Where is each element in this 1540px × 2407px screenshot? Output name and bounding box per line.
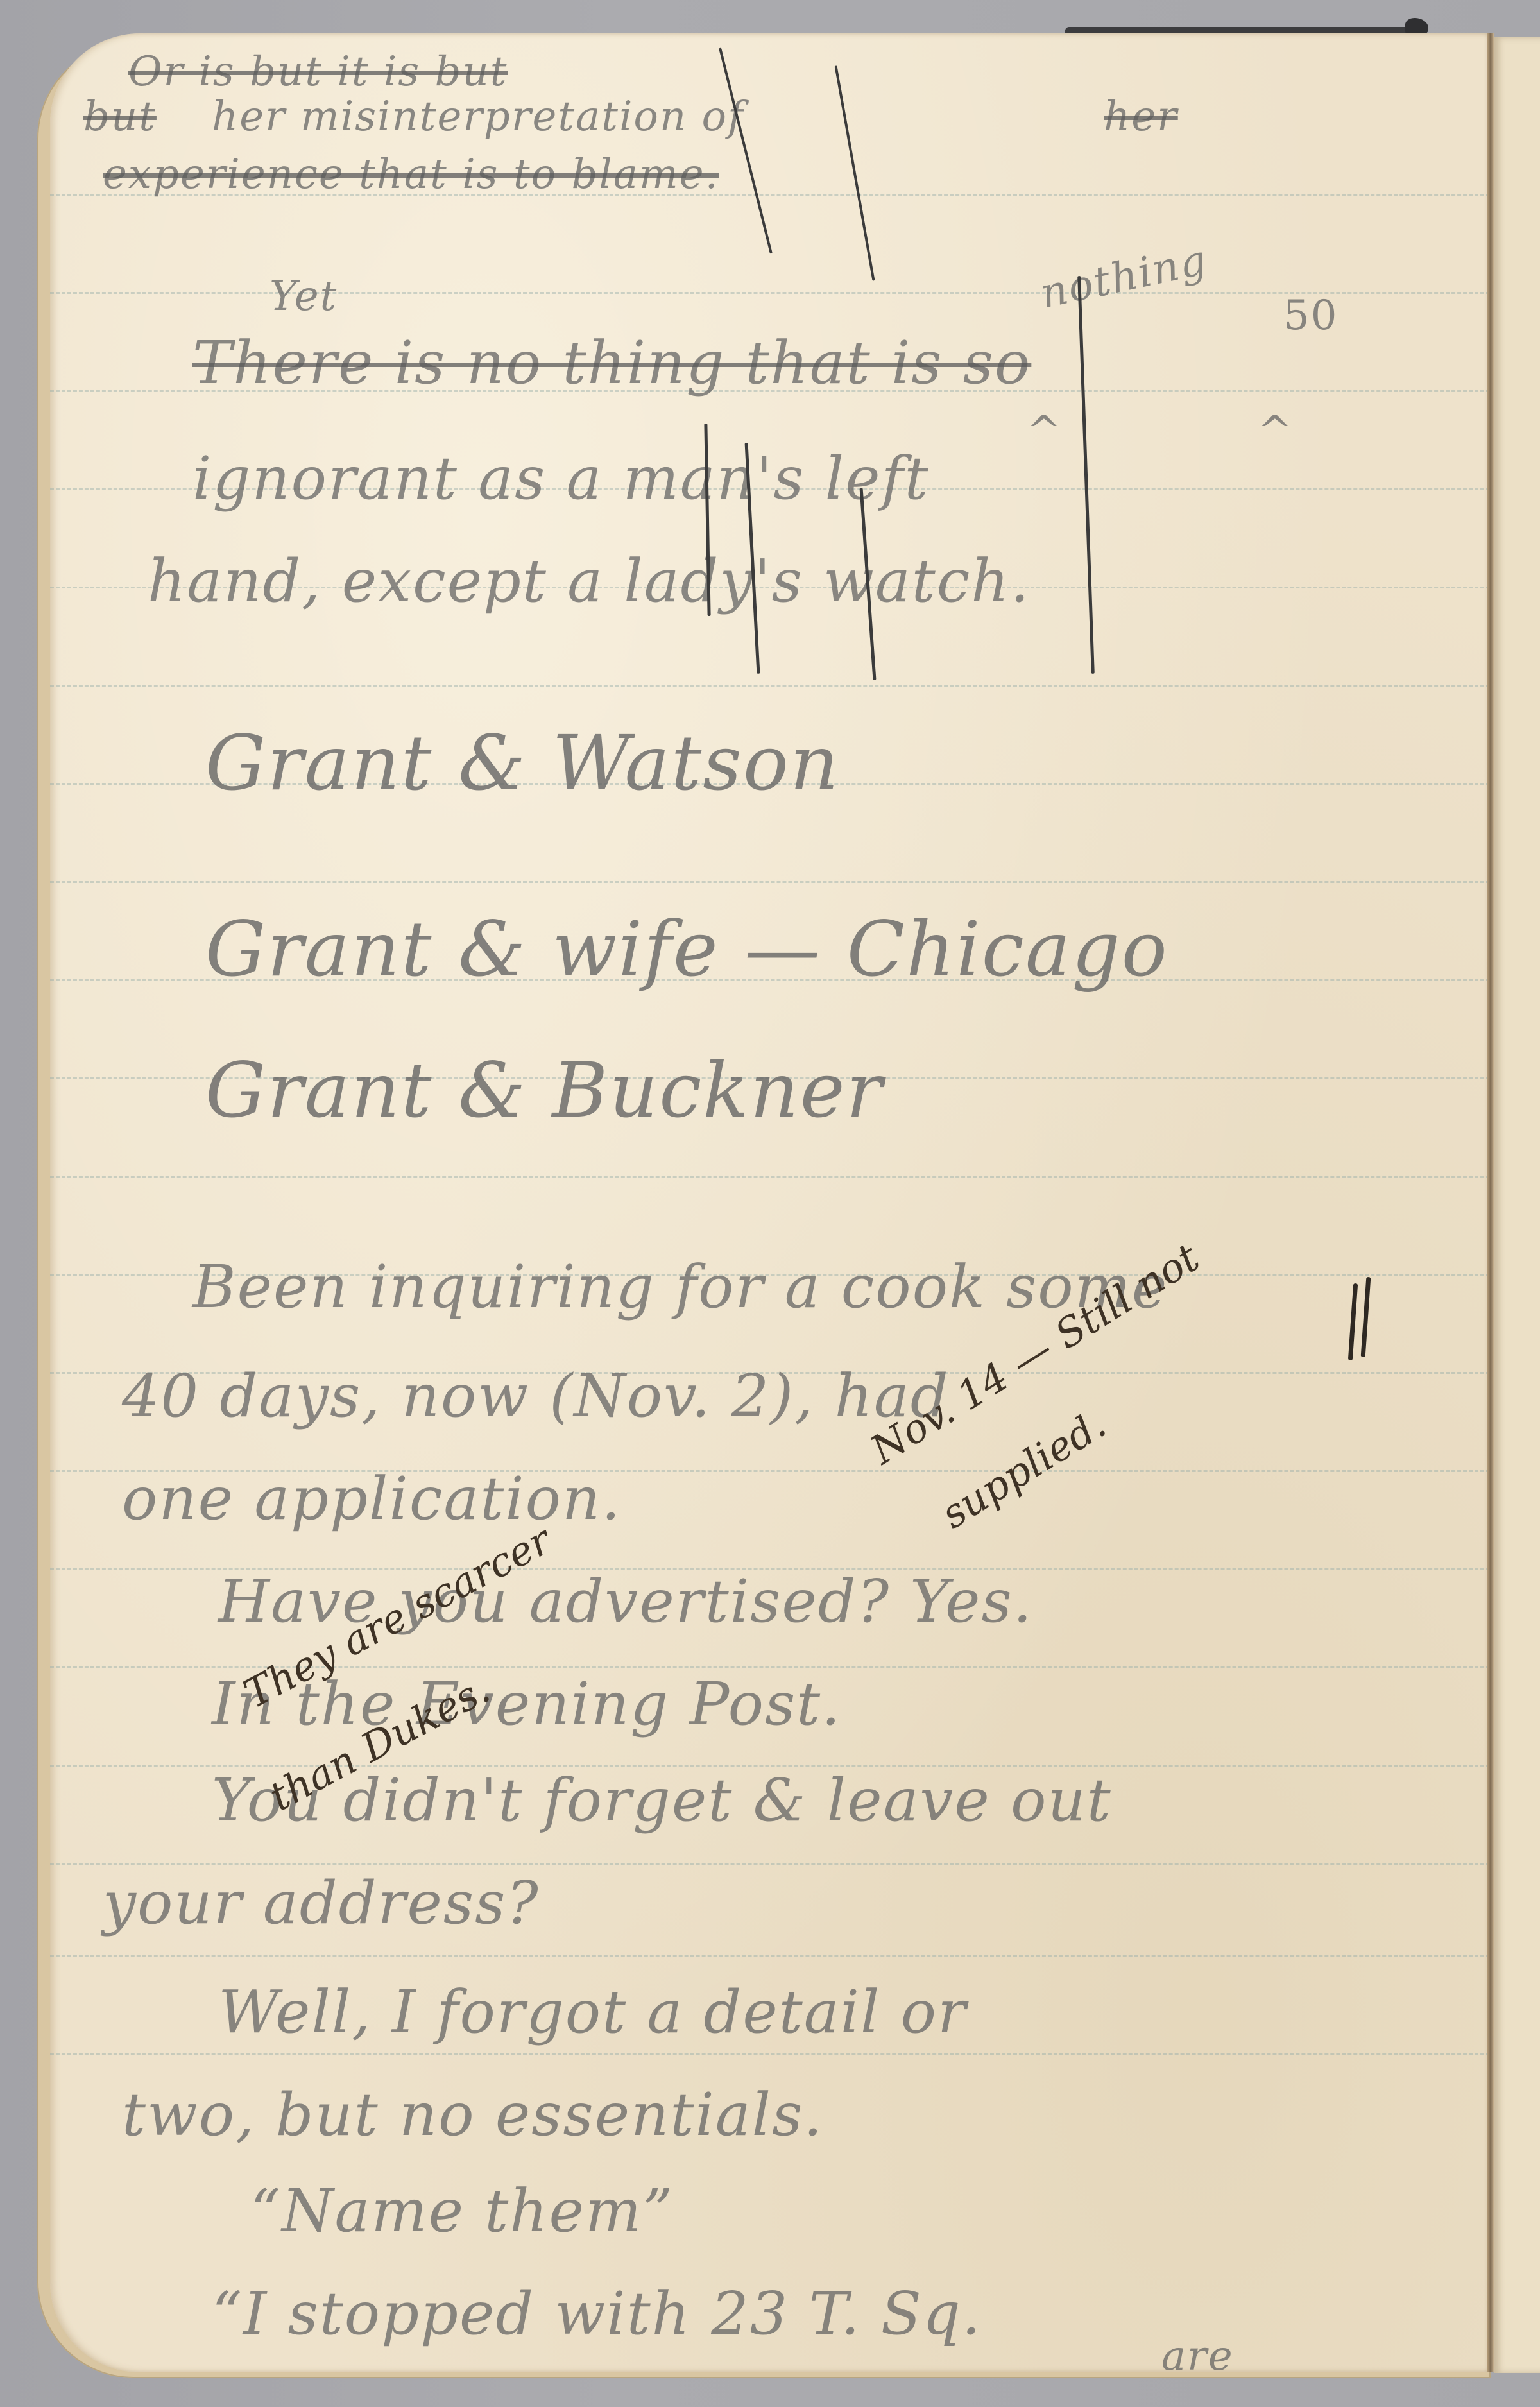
- line-i-stopped: “I stopped with 23 T. Sq.: [212, 2284, 982, 2343]
- ruled-line: [50, 1863, 1490, 1865]
- line-two-but-no-essentials: two, but no essentials.: [122, 2086, 824, 2145]
- caret-mark: ^: [1258, 411, 1294, 452]
- facing-page-edge: [1494, 37, 1540, 2373]
- struck-line-top: Or is but it is but: [128, 51, 508, 92]
- ruled-line: [50, 2053, 1490, 2055]
- line-been-inquiring: Been inquiring for a cook some: [193, 1258, 1168, 1317]
- ruled-line: [50, 881, 1490, 883]
- line-your-address: your address?: [103, 1874, 540, 1933]
- word-are: are: [1161, 2336, 1234, 2377]
- line-grant-watson: Grant & Watson: [205, 725, 840, 801]
- ruled-line: [50, 1176, 1490, 1178]
- line-forty-days: 40 days, now (Nov. 2), had: [122, 1367, 950, 1426]
- ruled-line: [50, 685, 1490, 687]
- struck-word-but: but: [83, 96, 157, 137]
- line-one-application: one application.: [122, 1469, 621, 1529]
- line-grant-wife-chicago: Grant & wife — Chicago: [205, 911, 1168, 987]
- insert-yet: Yet: [269, 276, 338, 317]
- line-misinterpretation: her misinterpretation of: [212, 96, 744, 137]
- line-grant-buckner: Grant & Buckner: [205, 1052, 884, 1128]
- struck-word-her: her: [1104, 96, 1178, 137]
- page-gutter: [1487, 33, 1494, 2372]
- ruled-line: [50, 1955, 1490, 1957]
- line-hand-except: hand, except a lady's watch.: [148, 552, 1031, 611]
- line-name-them: “Name them”: [250, 2182, 674, 2241]
- line-ignorant: ignorant as a man's left: [193, 449, 930, 508]
- caret-mark: ^: [1027, 411, 1063, 452]
- number-50: 50: [1283, 295, 1338, 336]
- struck-line-experience: experience that is to blame.: [103, 154, 719, 195]
- line-well-i-forgot: Well, I forgot a detail or: [218, 1983, 967, 2042]
- ruled-line: [50, 292, 1490, 294]
- struck-line-there-is: There is no thing that is so: [193, 334, 1031, 393]
